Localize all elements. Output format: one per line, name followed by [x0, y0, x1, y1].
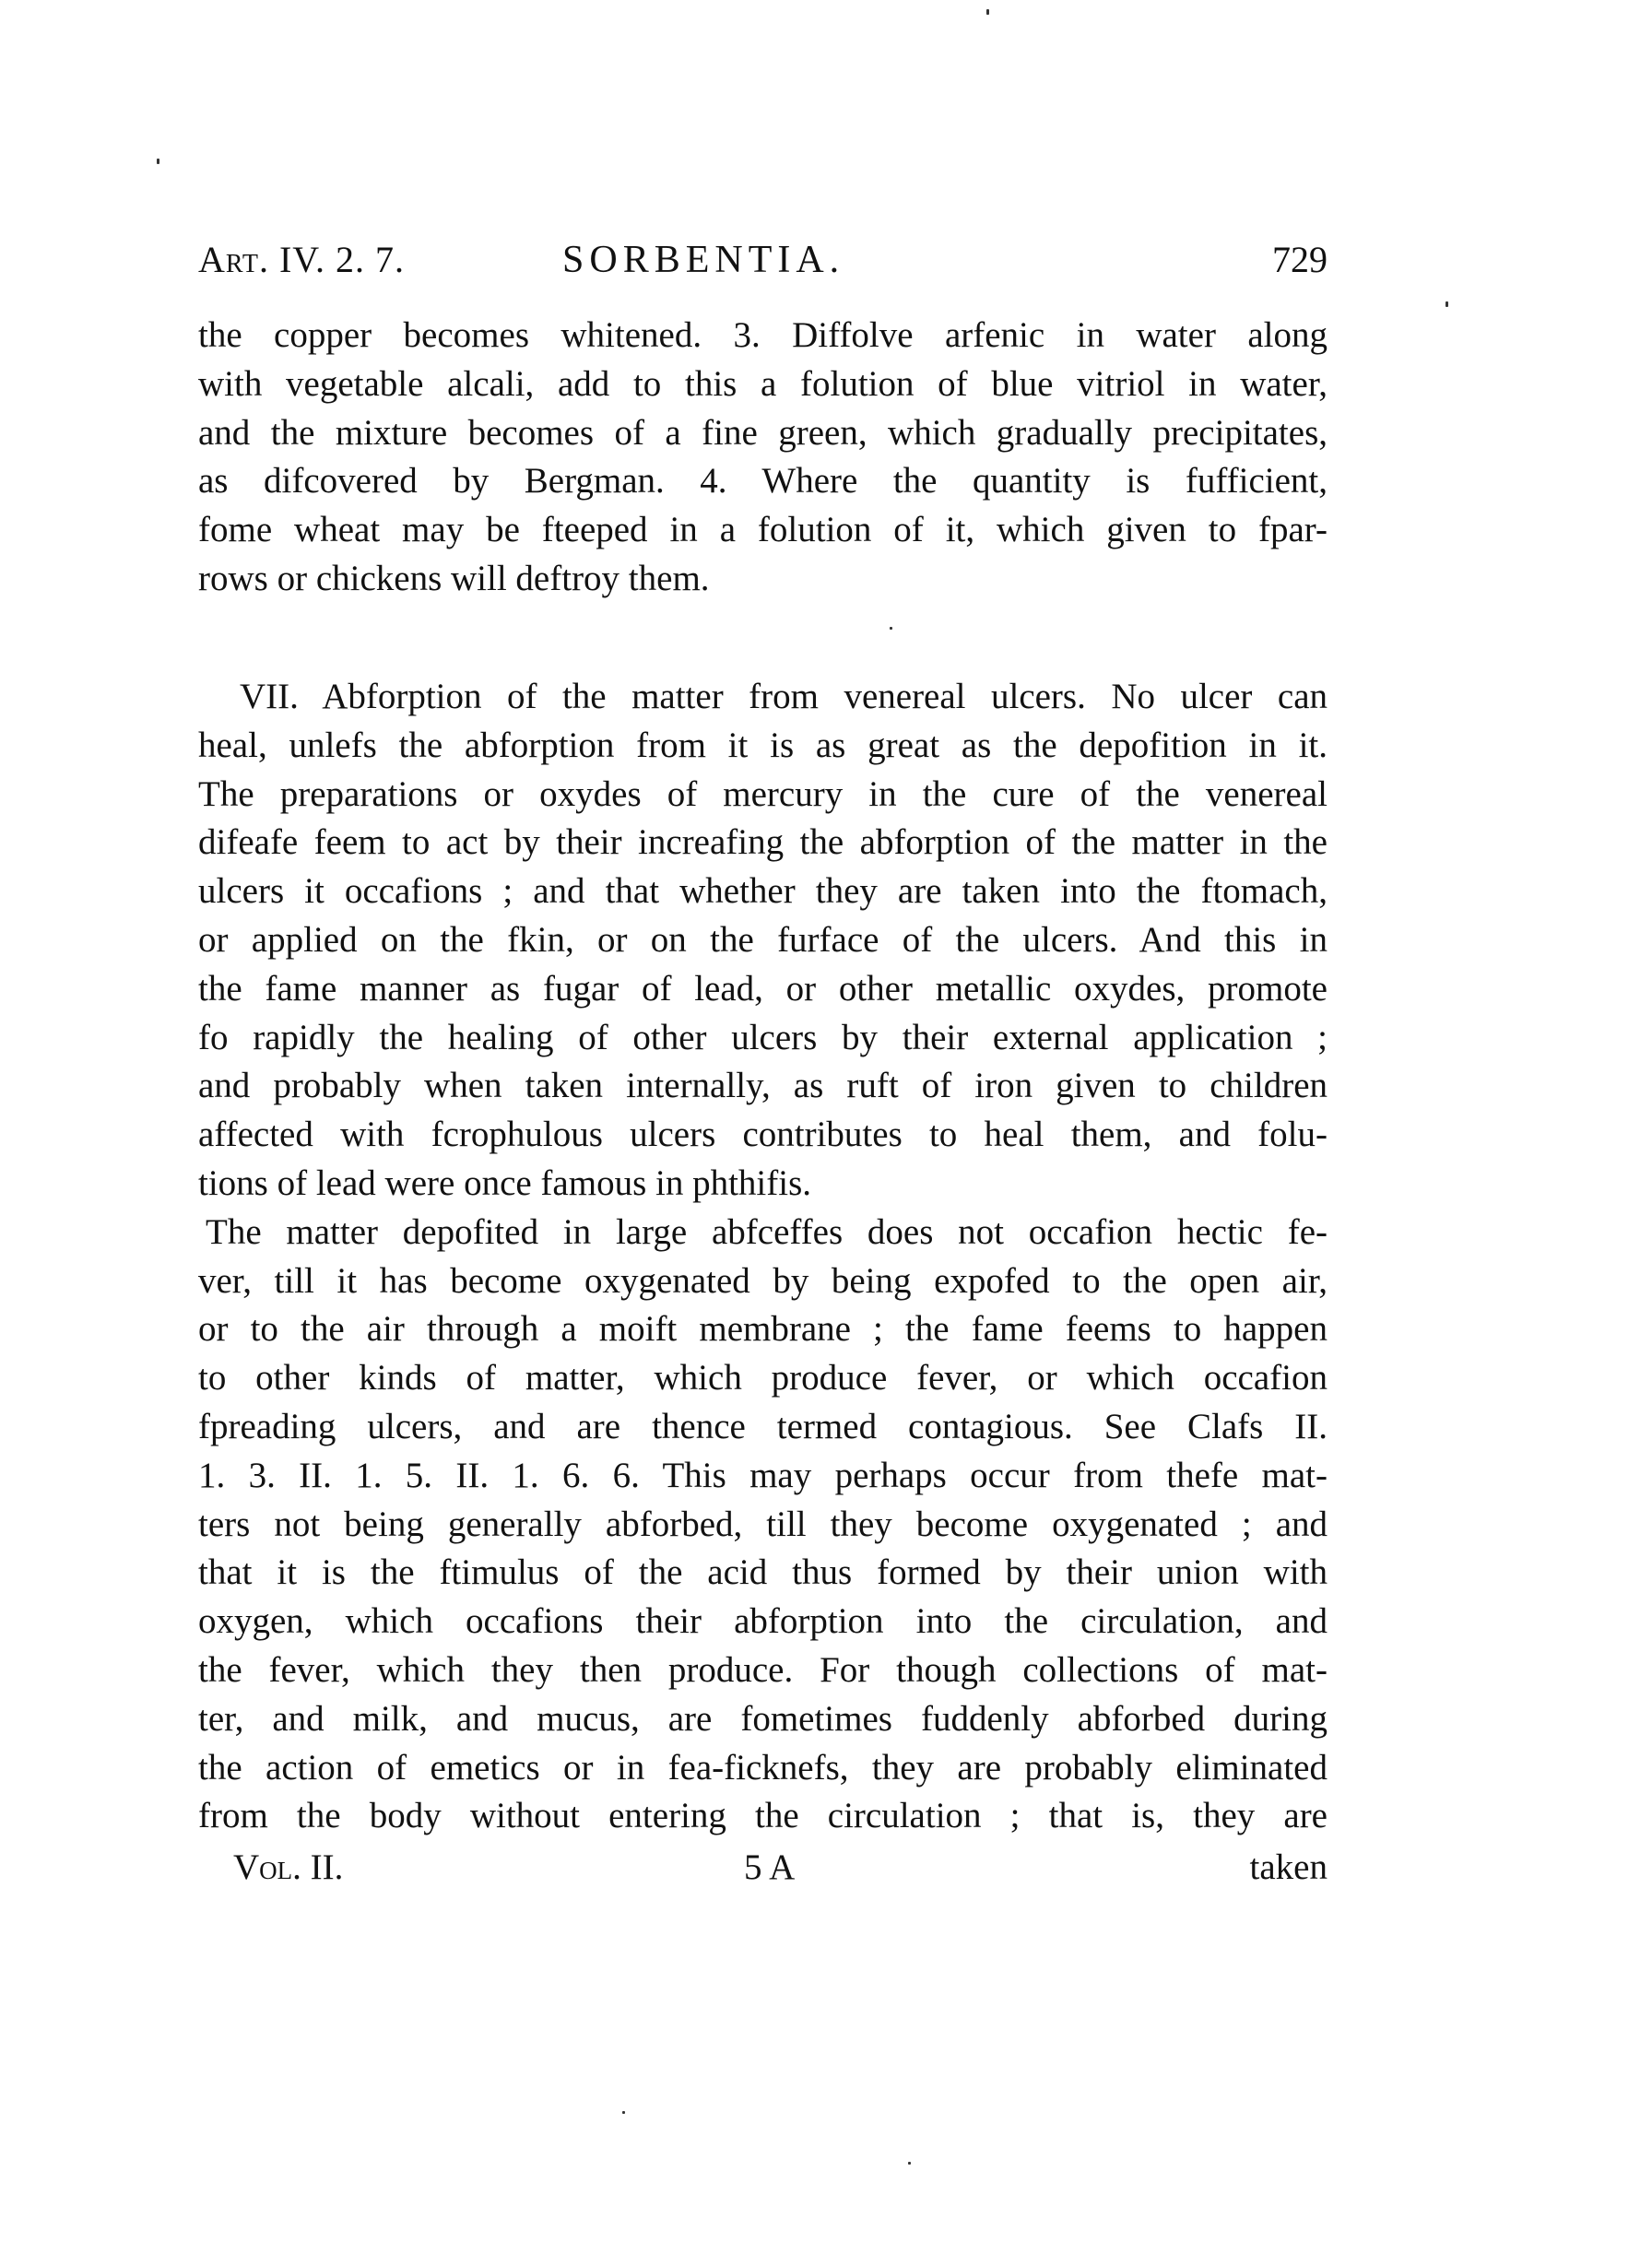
section-heading-line: VII. Abforption of the matter from vener…: [198, 673, 1327, 722]
text-line: to other kinds of matter, which produce …: [198, 1354, 1327, 1403]
text-line: 1. 3. II. 1. 5. II. 1. 6. 6. This may pe…: [198, 1452, 1327, 1501]
text-line: difeafe feem to act by their increafing …: [198, 819, 1327, 867]
catchword: taken: [1250, 1844, 1327, 1892]
text-line: and probably when taken internally, as r…: [198, 1062, 1327, 1111]
text-line: tions of lead were once famous in phthif…: [198, 1160, 1327, 1209]
page-number: 729: [1272, 232, 1327, 288]
text-line: fpreading ulcers, and are thence termed …: [198, 1403, 1327, 1452]
scan-speck: [1445, 301, 1448, 307]
text-line: and the mixture becomes of a fine green,…: [198, 409, 1327, 458]
text-line: or applied on the fkin, or on the furfac…: [198, 916, 1327, 965]
scan-speck: [157, 159, 159, 164]
text-line: The preparations or oxydes of mercury in…: [198, 771, 1327, 820]
body-text: the copper becomes whitened. 3. Diffolve…: [198, 312, 1327, 604]
text-line: ulcers it occafions ; and that whether t…: [198, 867, 1327, 916]
text-line: the fame manner as fugar of lead, or oth…: [198, 965, 1327, 1014]
text-line: ver, till it has become oxygenated by be…: [198, 1257, 1327, 1306]
volume-signature: Vol. II.: [233, 1844, 343, 1892]
scan-speck: [908, 2162, 911, 2165]
body-text-section-vii: VII. Abforption of the matter from vener…: [198, 673, 1327, 1841]
text-line: rows or chickens will deftroy them.: [198, 555, 1327, 604]
text-line: with vegetable alcali, add to this a fol…: [198, 360, 1327, 409]
text-line: fo rapidly the healing of other ulcers b…: [198, 1014, 1327, 1063]
section-reference: Art. IV. 2. 7.: [198, 232, 405, 288]
text-line: ters not being generally abforbed, till …: [198, 1501, 1327, 1550]
running-title: SORBENTIA.: [562, 232, 844, 288]
text-line: oxygen, which occafions their abforption…: [198, 1598, 1327, 1646]
text-line: ter, and milk, and mucus, are fometimes …: [198, 1695, 1327, 1744]
scan-speck: [890, 627, 892, 630]
text-line: affected with fcrophulous ulcers contrib…: [198, 1111, 1327, 1160]
text-line: the action of emetics or in fea-ficknefs…: [198, 1744, 1327, 1793]
scan-speck: [986, 9, 989, 15]
text-line: as difcovered by Bergman. 4. Where the q…: [198, 457, 1327, 506]
scan-speck: [622, 2111, 625, 2114]
page-footer: Vol. II. 5 A taken: [198, 1844, 1327, 1892]
text-line: heal, unlefs the abforption from it is a…: [198, 722, 1327, 771]
signature-mark: 5 A: [744, 1844, 795, 1892]
text-line: from the body without entering the circu…: [198, 1792, 1327, 1841]
text-line: the copper becomes whitened. 3. Diffolve…: [198, 312, 1327, 360]
text-line: fome wheat may be fteeped in a folution …: [198, 506, 1327, 555]
text-line: or to the air through a moift membrane ;…: [198, 1305, 1327, 1354]
book-page: Art. IV. 2. 7. SORBENTIA. 729 the copper…: [0, 0, 1652, 2242]
paragraph-first-line: The matter depofited in large abfceffes …: [198, 1209, 1327, 1257]
text-line: the fever, which they then produce. For …: [198, 1646, 1327, 1695]
text-line: that it is the ftimulus of the acid thus…: [198, 1549, 1327, 1598]
running-head: Art. IV. 2. 7. SORBENTIA. 729: [198, 232, 1327, 288]
